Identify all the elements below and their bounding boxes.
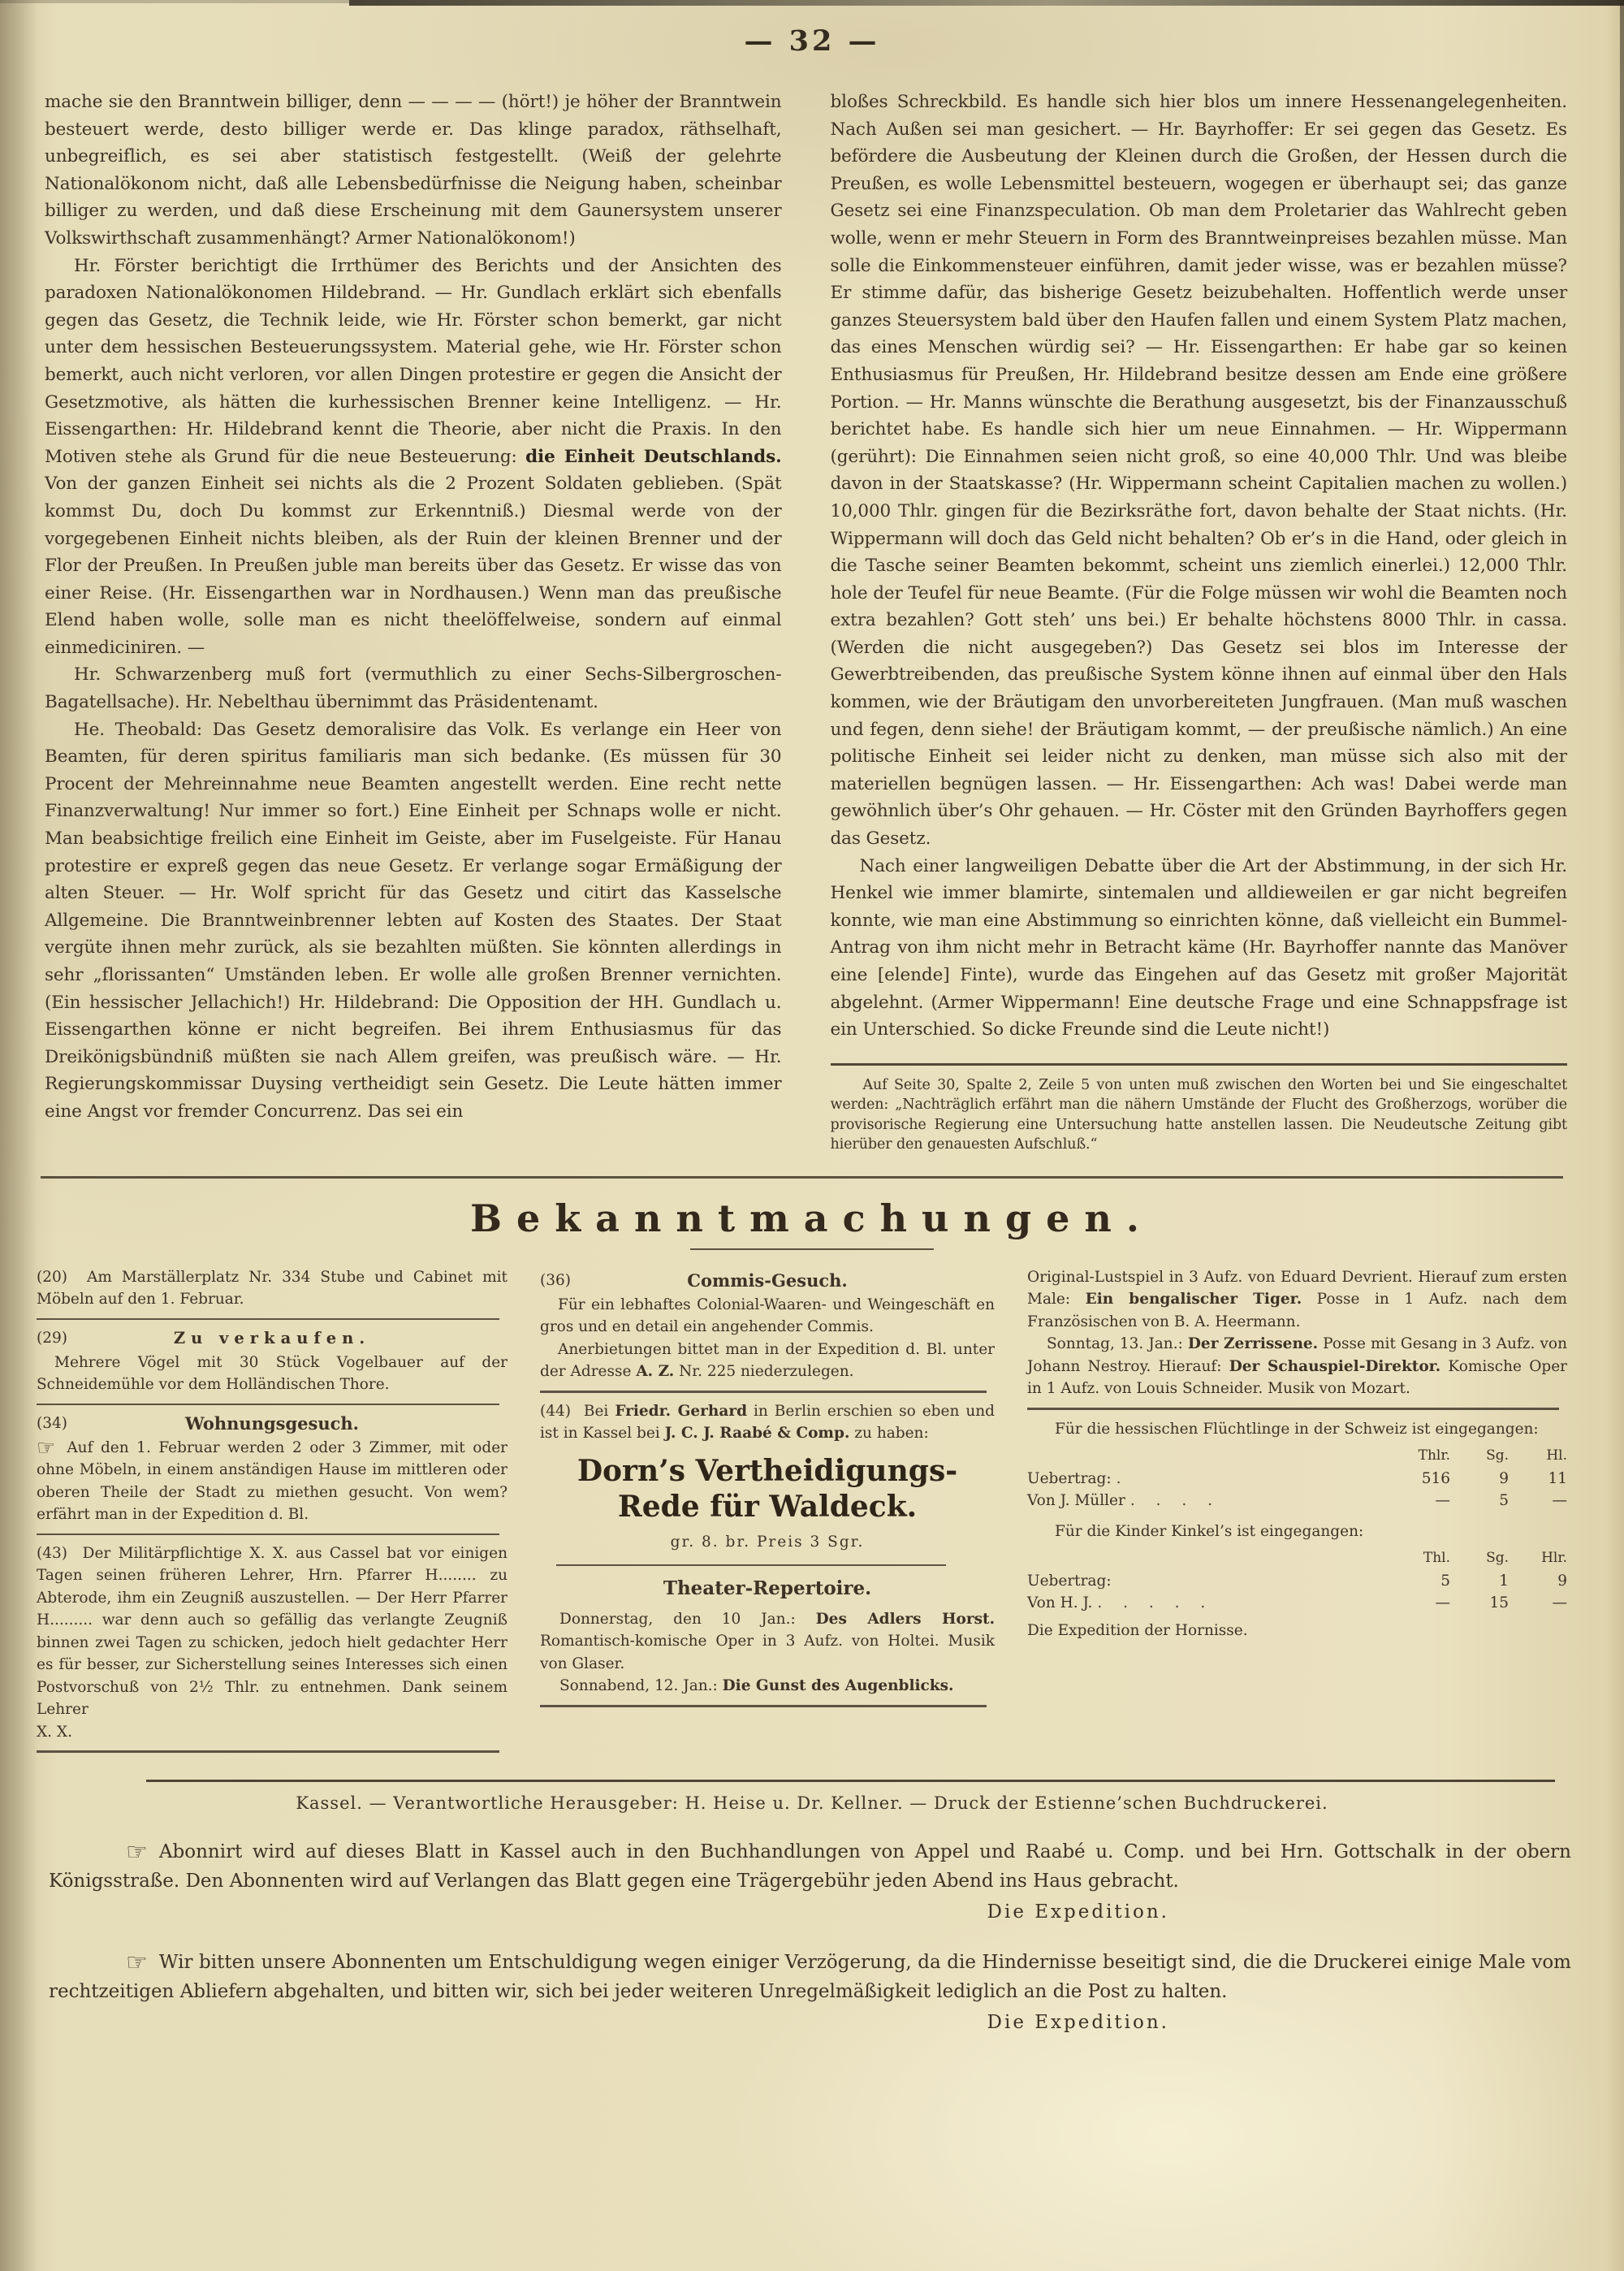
notice-text: Wir bitten unsere Abonnenten um Entschul… xyxy=(49,1952,1571,2002)
theater-repertoire-heading: Theater-Repertoire. xyxy=(540,1577,995,1600)
divider xyxy=(37,1404,499,1405)
col-hlr: Hlr. xyxy=(1509,1547,1567,1570)
row-label: Uebertrag: xyxy=(1027,1468,1112,1490)
amount-thl: 5 xyxy=(1392,1570,1450,1593)
theater-entry: Donnerstag, den 10 Jan.: Des Adlers Hors… xyxy=(540,1608,995,1676)
article-column-left: mache sie den Branntwein billiger, denn … xyxy=(45,89,782,1155)
subscription-notice: ☞Abonnirt wird auf dieses Blatt in Kasse… xyxy=(49,1837,1571,1896)
amount-sg: 5 xyxy=(1450,1490,1509,1512)
entry-text: Romantisch-komische Oper in 3 Aufz. von … xyxy=(540,1633,995,1672)
scan-edge-right xyxy=(1620,0,1624,731)
newspaper-page: — 32 — mache sie den Branntwein billiger… xyxy=(0,0,1624,2271)
erratum-text: Auf Seite 30, Spalte 2, Zeile 5 von unte… xyxy=(831,1075,1568,1155)
amount-sg: 9 xyxy=(1450,1468,1509,1490)
donation-signature: Die Expedition der Hornisse. xyxy=(1027,1620,1567,1642)
col-sg: Sg. xyxy=(1450,1547,1509,1570)
imprint-line: Kassel. — Verantwortliche Herausgeber: H… xyxy=(0,1793,1624,1813)
article-column-right: bloßes Schreckbild. Es handle sich hier … xyxy=(831,89,1568,1155)
donation-table-header: Thl. Sg. Hlr. xyxy=(1027,1547,1567,1570)
ad-20: (20) Am Marställerplatz Nr. 334 Stube un… xyxy=(37,1266,508,1311)
book-price: gr. 8. br. Preis 3 Sgr. xyxy=(540,1531,995,1554)
ad-title: Commis-Gesuch. xyxy=(540,1270,995,1292)
ad-number: (44) xyxy=(540,1403,571,1420)
theater-entry: Sonntag, 13. Jan.: Der Zerrissene. Posse… xyxy=(1027,1333,1567,1400)
bold-phrase: die Einheit Deutschlands. xyxy=(525,447,781,467)
article-paragraph: Nach einer langweiligen Debatte über die… xyxy=(831,853,1568,1044)
section-divider xyxy=(41,1176,1563,1179)
amount-hl: 11 xyxy=(1509,1468,1567,1490)
ad-number: (43) xyxy=(37,1545,67,1562)
bookseller-name: J. C. J. Raabé & Comp. xyxy=(665,1425,850,1442)
expedition-signature: Die Expedition. xyxy=(49,2008,1571,2037)
divider xyxy=(37,1318,499,1320)
ad-43-text: (43) Der Militärpflichtige X. X. aus Cas… xyxy=(37,1542,508,1721)
amount-thl: — xyxy=(1392,1592,1450,1615)
table-row: Von J. Müller . . . . — 5 — xyxy=(1027,1490,1567,1512)
expedition-signature: Die Expedition. xyxy=(49,1897,1571,1927)
amount-hlr: 9 xyxy=(1509,1570,1567,1593)
ad-number: (36) xyxy=(540,1270,571,1292)
publisher-name: Friedr. Gerhard xyxy=(615,1403,747,1420)
announcements-heading: Bekanntmachungen. xyxy=(0,1196,1624,1240)
row-label: Uebertrag: xyxy=(1027,1570,1112,1593)
manicule-icon: ☞ xyxy=(126,1949,159,1977)
theater-entry: Sonnabend, 12. Jan.: Die Gunst des Augen… xyxy=(540,1675,995,1698)
article-paragraph: Hr. Schwarzenberg muß fort (vermuthlich … xyxy=(45,661,782,716)
announcements-columns: (20) Am Marställerplatz Nr. 334 Stube un… xyxy=(0,1250,1624,1761)
notice-text: Abonnirt wird auf dieses Blatt in Kassel… xyxy=(49,1841,1571,1892)
amount-thlr: 516 xyxy=(1392,1468,1450,1490)
book-title-line1: Dorn’s Vertheidigungs- xyxy=(540,1453,995,1489)
amount-thlr: — xyxy=(1392,1490,1450,1512)
manicule-icon: ☞ xyxy=(126,1838,159,1867)
ad-text: Bei xyxy=(584,1403,615,1420)
play-title: Die Gunst des Augenblicks. xyxy=(723,1677,954,1694)
donation-table-kinkel: Thl. Sg. Hlr. Uebertrag: 5 1 9 Von H. J.… xyxy=(1027,1547,1567,1615)
play-title: Ein bengalischer Tiger. xyxy=(1086,1291,1302,1308)
ad-34-text: ☞Auf den 1. Februar werden 2 oder 3 Zimm… xyxy=(37,1437,508,1526)
ad-text: Am Marställerplatz Nr. 334 Stube und Cab… xyxy=(37,1269,508,1309)
theater-entry-continuation: Original-Lustspiel in 3 Aufz. von Eduard… xyxy=(1027,1266,1567,1334)
divider xyxy=(556,1564,946,1566)
col-thl: Thl. xyxy=(1392,1547,1450,1570)
amount-sg: 1 xyxy=(1450,1570,1509,1593)
scan-edge-top xyxy=(349,0,1624,6)
main-article-columns: mache sie den Branntwein billiger, denn … xyxy=(0,58,1624,1155)
ad-text: zu haben: xyxy=(849,1425,928,1442)
ad-34-heading: (34) Wohnungsgesuch. xyxy=(37,1412,508,1437)
divider xyxy=(540,1391,987,1393)
article-paragraph: bloßes Schreckbild. Es handle sich hier … xyxy=(831,89,1568,853)
row-label: Von J. Müller xyxy=(1027,1490,1125,1512)
amount-sg: 15 xyxy=(1450,1592,1509,1615)
entry-text: Sonnabend, 12. Jan.: xyxy=(559,1677,723,1694)
row-label: Von H. J. xyxy=(1027,1592,1092,1615)
paragraph-text: Hr. Förster berichtigt die Irrthümer des… xyxy=(45,256,782,467)
table-row: Uebertrag: 5 1 9 xyxy=(1027,1570,1567,1593)
donation-title: Für die Kinder Kinkel’s ist eingegangen: xyxy=(1027,1520,1567,1543)
donation-table-refugees: Thlr. Sg. Hl. Uebertrag: . 516 9 11 Von … xyxy=(1027,1445,1567,1512)
divider xyxy=(1027,1408,1559,1410)
ad-title: Wohnungsgesuch. xyxy=(37,1412,508,1435)
ad-36-text: Für ein lebhaftes Colonial-Waaren- und W… xyxy=(540,1294,995,1339)
ad-address-code: A. Z. xyxy=(636,1363,674,1380)
ad-36-heading: (36) Commis-Gesuch. xyxy=(540,1270,995,1294)
dot-leader: . xyxy=(1112,1468,1392,1490)
divider xyxy=(37,1533,499,1535)
table-row: Von H. J. . . . . . — 15 — xyxy=(1027,1592,1567,1615)
col-hl: Hl. xyxy=(1509,1445,1567,1468)
ad-number: (34) xyxy=(37,1412,67,1435)
book-title: Dorn’s Vertheidigungs- Rede für Waldeck. xyxy=(540,1453,995,1525)
manicule-icon: ☞ xyxy=(37,1436,67,1460)
paragraph-text: Von der ganzen Einheit sei nichts als di… xyxy=(45,474,782,658)
imprint-divider xyxy=(146,1780,1555,1782)
apology-notice: ☞Wir bitten unsere Abonnenten um Entschu… xyxy=(49,1948,1571,2006)
article-paragraph: mache sie den Branntwein billiger, denn … xyxy=(45,89,782,253)
ad-title: Zu verkaufen. xyxy=(37,1327,508,1350)
ad-text: Der Militärpflichtige X. X. aus Cassel b… xyxy=(37,1545,508,1719)
page-footer: ☞Abonnirt wird auf dieses Blatt in Kasse… xyxy=(0,1813,1624,2037)
divider xyxy=(37,1750,499,1753)
ad-29-heading: (29) Zu verkaufen. xyxy=(37,1327,508,1352)
announcements-column-1: (20) Am Marställerplatz Nr. 334 Stube un… xyxy=(37,1266,508,1761)
ad-29-text: Mehrere Vögel mit 30 Stück Vogelbauer au… xyxy=(37,1352,508,1396)
page-number: — 32 — xyxy=(0,24,1624,58)
announcements-column-3: Original-Lustspiel in 3 Aufz. von Eduard… xyxy=(1027,1266,1567,1761)
play-title: Der Schauspiel-Direktor. xyxy=(1229,1358,1440,1375)
scan-edge-top-left xyxy=(0,0,349,3)
ad-text: Auf den 1. Februar werden 2 oder 3 Zimme… xyxy=(37,1439,508,1524)
play-title: Des Adlers Horst. xyxy=(816,1611,995,1628)
dot-leader: . . . . xyxy=(1125,1490,1392,1512)
ad-44-text: (44) Bei Friedr. Gerhard in Berlin ersch… xyxy=(540,1400,995,1445)
amount-hlr: — xyxy=(1509,1592,1567,1615)
ad-signature: X. X. xyxy=(37,1721,508,1744)
article-paragraph: Hr. Förster berichtigt die Irrthümer des… xyxy=(45,253,782,662)
ad-number: (29) xyxy=(37,1327,67,1350)
article-paragraph: He. Theobald: Das Gesetz demoralisire da… xyxy=(45,716,782,1126)
ad-36-text2: Anerbietungen bittet man in der Expediti… xyxy=(540,1339,995,1383)
col-sg: Sg. xyxy=(1450,1445,1509,1468)
book-title-line2: Rede für Waldeck. xyxy=(540,1489,995,1525)
play-title: Der Zerrissene. xyxy=(1188,1335,1318,1352)
table-row: Uebertrag: . 516 9 11 xyxy=(1027,1468,1567,1490)
dot-leader: . . . . . xyxy=(1092,1592,1392,1615)
donation-title: Für die hessischen Flüchtlinge in der Sc… xyxy=(1027,1418,1567,1441)
entry-text: Donnerstag, den 10 Jan.: xyxy=(559,1611,816,1628)
divider xyxy=(540,1705,987,1707)
divider xyxy=(831,1063,1568,1066)
ad-number: (20) xyxy=(37,1269,67,1286)
col-thlr: Thlr. xyxy=(1392,1445,1450,1468)
ad-text: Nr. 225 niederzulegen. xyxy=(674,1363,853,1380)
amount-hl: — xyxy=(1509,1490,1567,1512)
announcements-column-2: (36) Commis-Gesuch. Für ein lebhaftes Co… xyxy=(540,1266,995,1761)
donation-table-header: Thlr. Sg. Hl. xyxy=(1027,1445,1567,1468)
erratum-note: Auf Seite 30, Spalte 2, Zeile 5 von unte… xyxy=(831,1063,1568,1155)
entry-text: Sonntag, 13. Jan.: xyxy=(1047,1335,1188,1352)
